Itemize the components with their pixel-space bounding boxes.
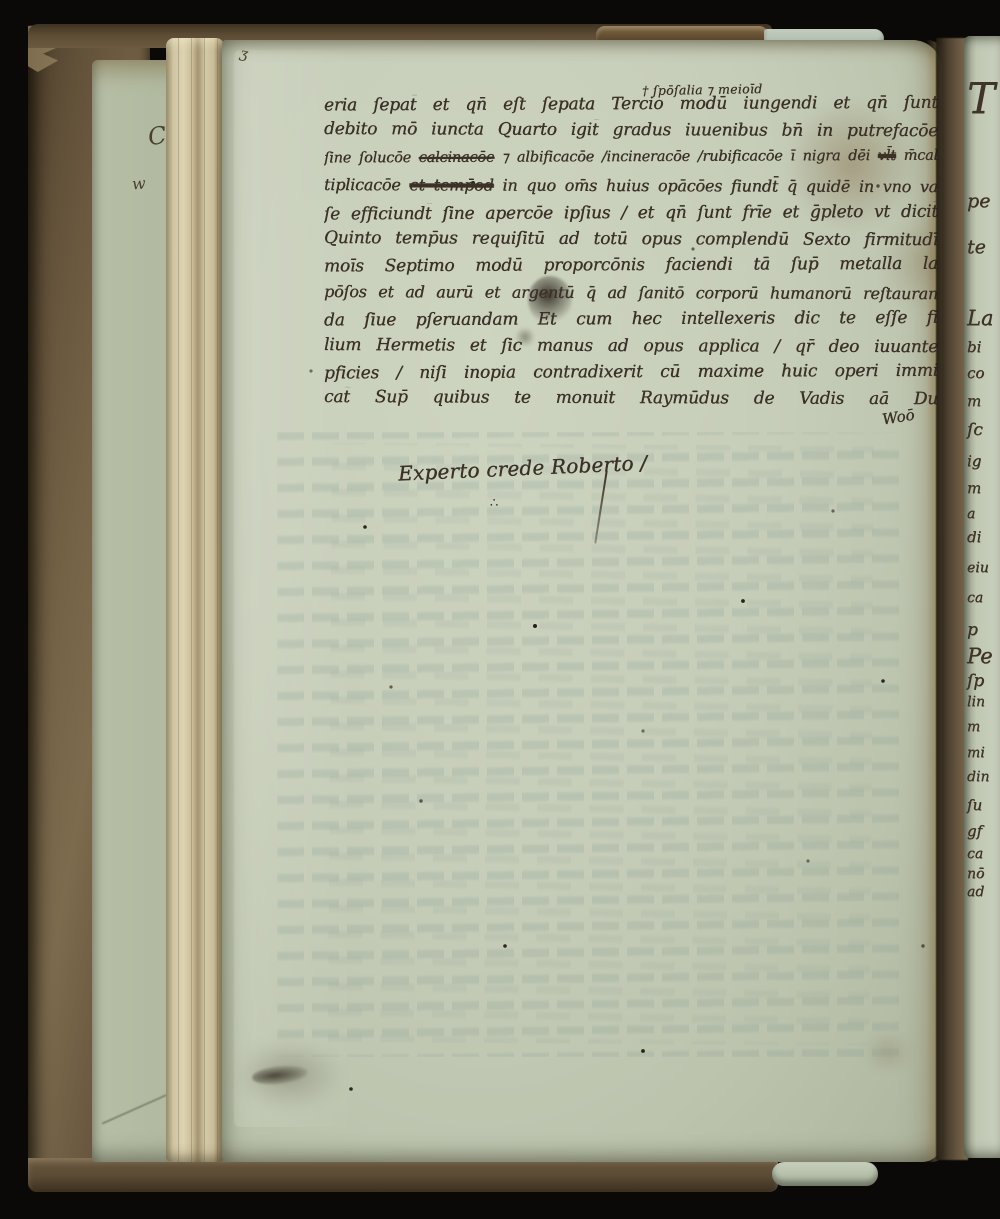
manuscript-text-block: eria ſepat̄ et qn̄ eſt ſepata Tercio mod…	[324, 94, 938, 415]
facing-line-start: nō	[967, 866, 984, 882]
facing-line-start: m	[967, 479, 981, 497]
manuscript-text: pficies / niſi inopia contradixerit cū m…	[324, 361, 938, 384]
facing-line-start: La	[967, 306, 993, 330]
manuscript-line: lium Hermetis et ſic manus ad opus appli…	[324, 334, 938, 363]
manuscript-line: pficies / niſi inopia contradixerit cū m…	[324, 361, 938, 390]
manuscript-line: ſine ſolucōe calcinacōe ⁊ albificacōe /i…	[324, 145, 938, 176]
facing-line-start: ſp	[967, 671, 984, 691]
facing-line-start: m	[967, 392, 981, 410]
manuscript-line: eria ſepat̄ et qn̄ eſt ſepata Tercio mod…	[324, 93, 938, 122]
facing-line-start: mi	[967, 745, 985, 761]
manuscript-photo: Cw ʒ † ſpōſalia ⁊ meioīd eria ſepat̄ et …	[0, 0, 1000, 1219]
facing-line-start: ſc	[967, 420, 983, 440]
manuscript-text: cat̄ Sup̄ quibus te monuit Raymūdus de V…	[324, 387, 938, 409]
manuscript-text: tiplicacōe	[324, 175, 409, 194]
facing-line-start: ca	[967, 590, 983, 606]
manuscript-text: m̄cal	[896, 147, 938, 163]
manuscript-text: moīs Septimo modū proporcōnis faciendi t…	[324, 254, 938, 277]
struck-word: et temp̄od	[409, 175, 493, 194]
facing-line-start: co	[967, 364, 984, 382]
book-cover-bottom-edge	[28, 1158, 778, 1192]
facing-line-start: te	[967, 236, 986, 258]
facing-line-start: gf	[967, 822, 982, 840]
margin-pen-mark: C	[146, 121, 168, 151]
facing-line-start: eiu	[967, 560, 989, 576]
manuscript-line: da ſiue pſeruandam Et cum hec intellexer…	[324, 308, 938, 337]
facing-line-start: T	[967, 74, 995, 123]
manuscript-text: ⁊ albificacōe /incineracōe /rubificacōe …	[494, 148, 878, 166]
manuscript-text: lium Hermetis et ſic manus ad opus appli…	[324, 334, 938, 356]
facing-line-start: a	[967, 506, 975, 522]
page-block-fore-edge	[166, 38, 224, 1162]
manuscript-line: moīs Septimo modū proporcōnis faciendi t…	[324, 254, 938, 283]
manuscript-text: Quinto temp̄us requiſitū ad totū opus co…	[324, 228, 938, 250]
facing-line-start: ad	[967, 884, 984, 900]
manuscript-text: pōſos et ad aurū et argentū q̄ ad ſanitō…	[324, 282, 938, 303]
manuscript-left-page: ʒ † ſpōſalia ⁊ meioīd eria ſepat̄ et qn̄…	[222, 40, 942, 1162]
manuscript-line: ſe efficiundt̄ ſine apercōe ipſius / et …	[324, 201, 938, 230]
margin-pen-mark: w	[131, 174, 146, 194]
text-bleed-through	[310, 442, 874, 1046]
facing-line-start: m	[967, 719, 980, 735]
facing-line-start: din	[967, 769, 989, 785]
facing-line-start: lin	[967, 694, 985, 710]
facing-line-start: pe	[967, 190, 990, 212]
struck-word: calcinacōe	[419, 149, 495, 165]
manuscript-text: debito mō iuncta Quarto igit̄ gradus iuu…	[324, 119, 938, 141]
manuscript-text: ſe efficiundt̄ ſine apercōe ipſius / et …	[324, 201, 938, 224]
manuscript-text: da ſiue pſeruandam Et cum hec intellexer…	[324, 308, 938, 331]
manuscript-line: Quinto temp̄us requiſitū ad totū opus co…	[324, 228, 938, 257]
manuscript-line: tiplicacōe et temp̄od in quo om̄s huius …	[324, 174, 938, 204]
facing-line-start: Pe	[967, 644, 993, 668]
manuscript-line: pōſos et ad aurū et argentū q̄ ad ſanitō…	[324, 281, 938, 311]
facing-line-start: ca	[967, 846, 983, 862]
facing-line-start: p	[967, 620, 978, 640]
manuscript-text: in quo om̄s huius opācōes fiundt̄ q̄ qui…	[494, 176, 938, 197]
facing-page-sliver: TpeteLabicomſcigmadieiucapPeſplinmmidinſ…	[964, 36, 1000, 1158]
facing-line-start: ſu	[967, 796, 982, 814]
manuscript-text: ſine ſolucōe	[324, 150, 419, 166]
facing-line-start: ig	[967, 452, 981, 470]
manuscript-line: cat̄ Sup̄ quibus te monuit Raymūdus de V…	[324, 387, 938, 416]
struck-word: vl̄t	[878, 148, 896, 164]
bottom-page-edge-strip	[772, 1162, 878, 1186]
colophon-dots: ∴	[490, 496, 500, 511]
paper-specks	[222, 40, 224, 42]
line-end-flourish: Woō	[881, 406, 916, 429]
facing-line-start: bi	[967, 338, 981, 356]
manuscript-line: debito mō iuncta Quarto igit̄ gradus iuu…	[324, 119, 938, 148]
manuscript-text: eria ſepat̄ et qn̄ eſt ſepata Tercio mod…	[324, 93, 938, 116]
facing-line-start: di	[967, 528, 981, 546]
